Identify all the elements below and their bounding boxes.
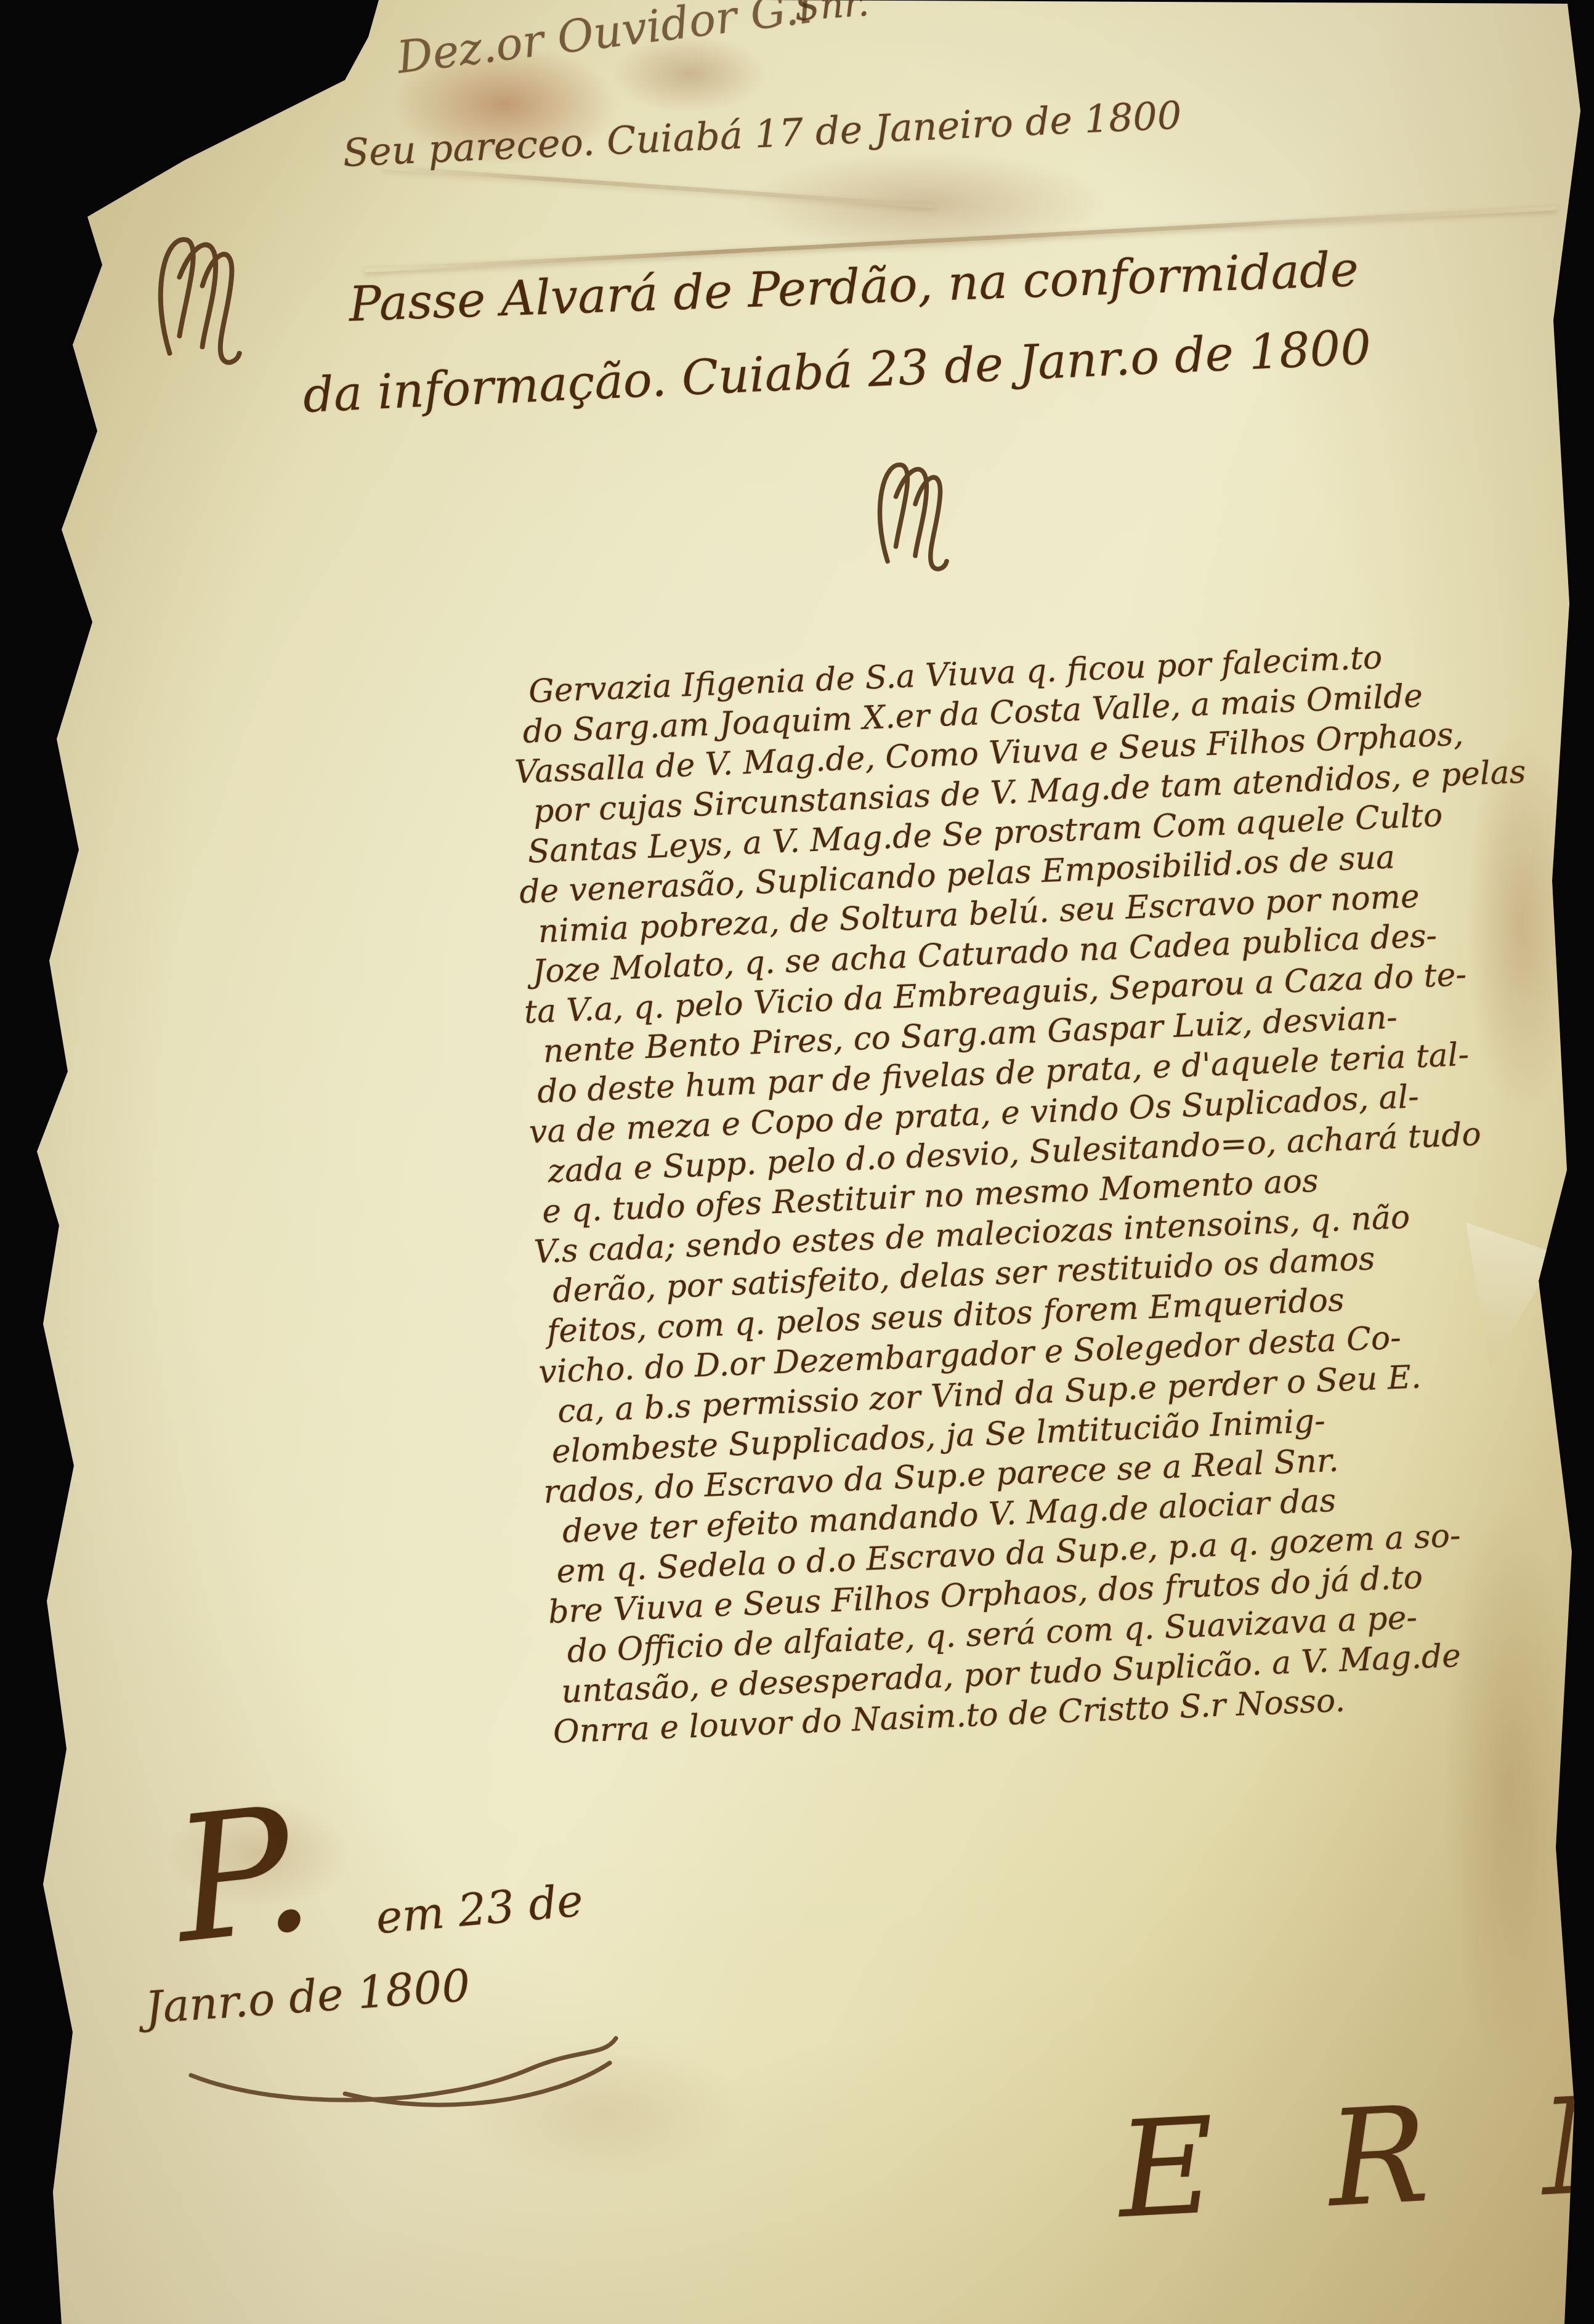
fold-crease-secondary bbox=[382, 166, 936, 209]
header-line-date: Seu pareceo. Cuiabá 17 de Janeiro de 180… bbox=[342, 92, 1183, 176]
margin-monogram-icon bbox=[145, 225, 256, 369]
footer-flourish-icon bbox=[185, 2026, 628, 2115]
decree-line-1: Passe Alvará de Perdão, na conformidade bbox=[348, 242, 1359, 333]
header-line-ouvidor: Dez.or Ouvidor G.l bbox=[394, 0, 815, 83]
center-monogram-icon bbox=[867, 438, 960, 589]
signature-rubric: E R M bbox=[1115, 2073, 1594, 2237]
footer-initial: P. bbox=[167, 1782, 320, 1968]
manuscript-sheet: Snr. Dez.or Ouvidor G.l Seu pareceo. Cui… bbox=[0, 0, 1594, 2324]
decree-line-2: da informação. Cuiabá 23 de Janr.o de 18… bbox=[302, 320, 1372, 424]
petition-body: Gervazia Ifigenia de S.a Viuva q. ficou … bbox=[520, 629, 1594, 1752]
footer-date-line-1: em 23 de bbox=[374, 1874, 585, 1943]
photo-backdrop: { "doc": { "top_fragment": "Snr.", "head… bbox=[0, 0, 1594, 2324]
